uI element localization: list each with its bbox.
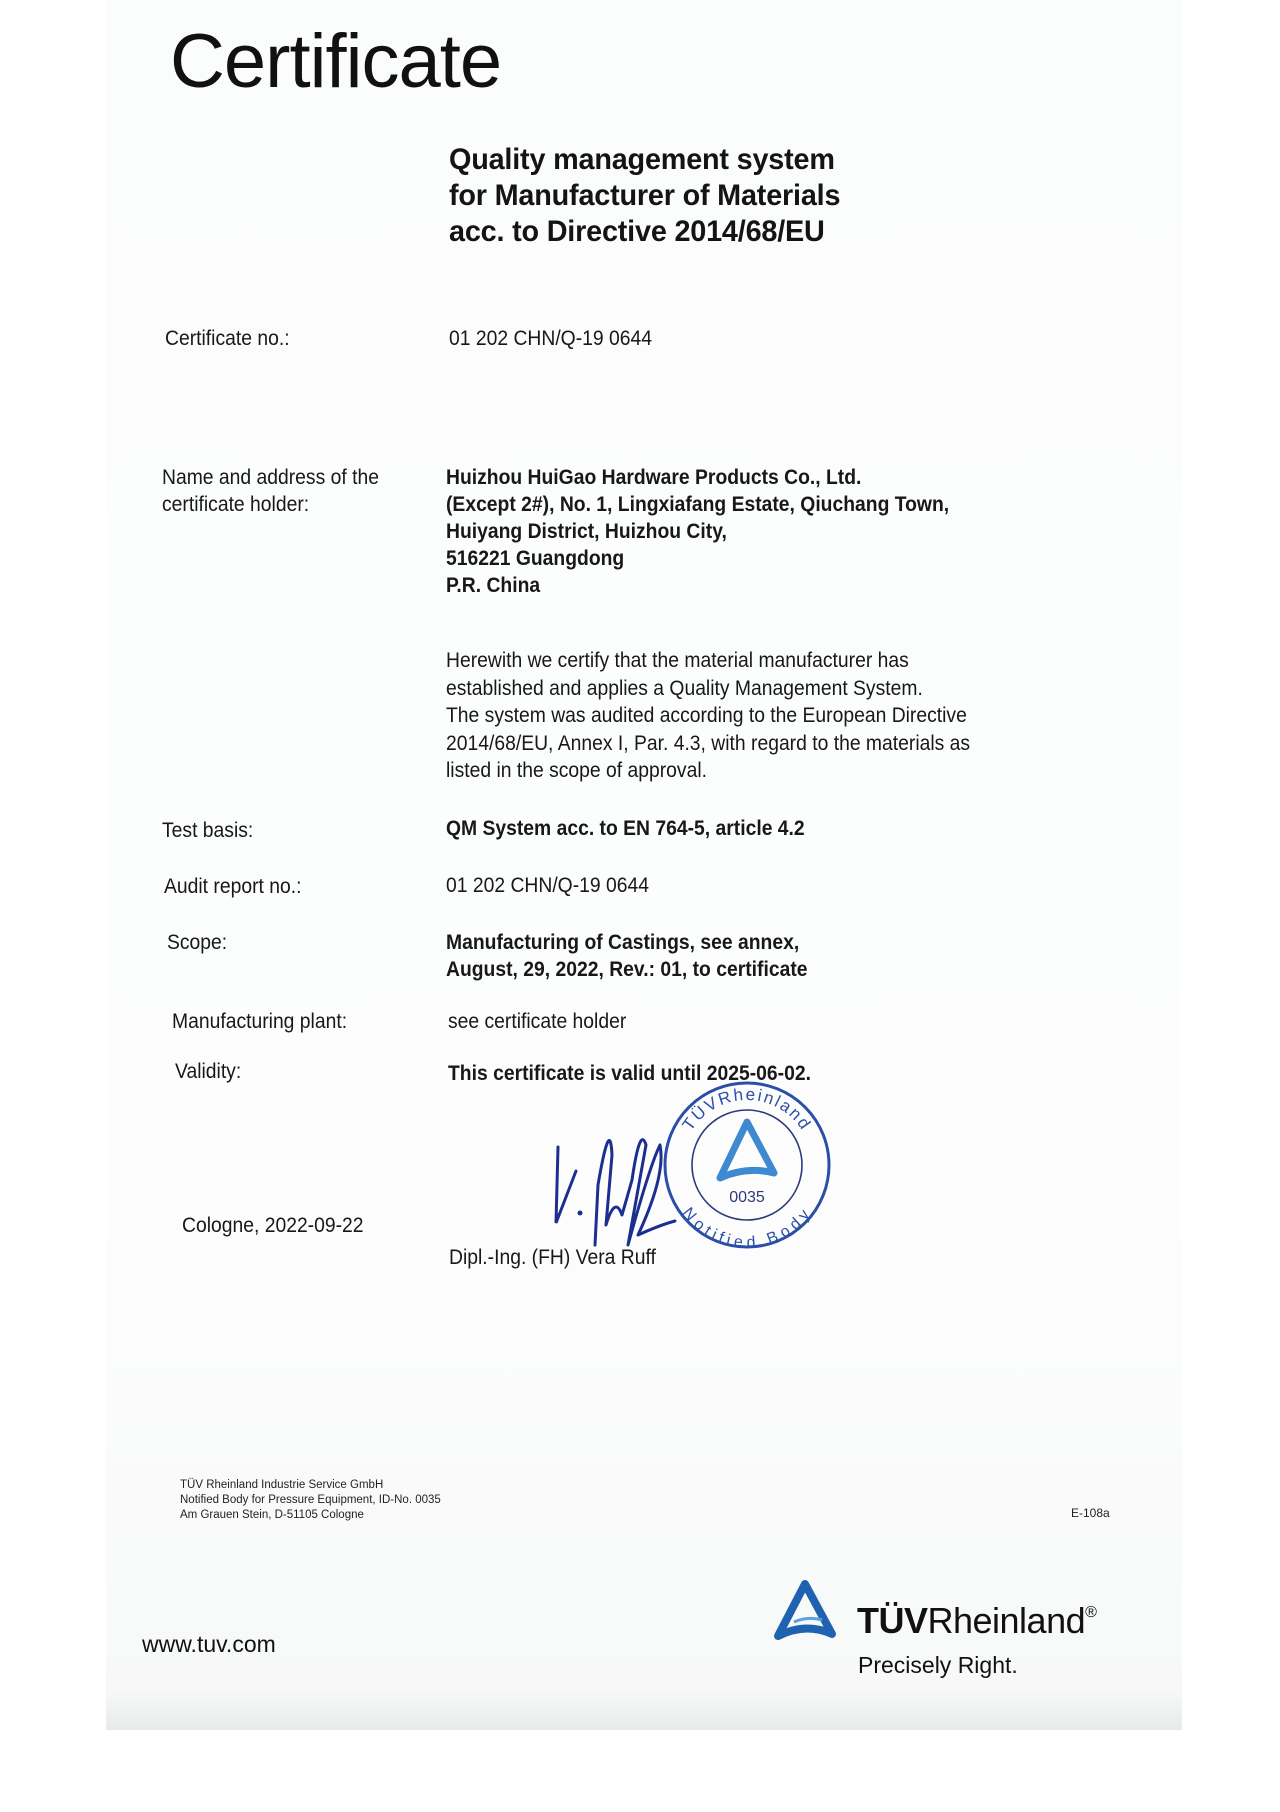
test-basis-value: QM System acc. to EN 764-5, article 4.2 [446,815,805,842]
brand-name: TÜVRheinland® [857,1600,1096,1642]
scope-value: Manufacturing of Castings, see annex, Au… [446,929,808,983]
holder-address: Huizhou HuiGao Hardware Products Co., Lt… [446,464,949,599]
document-subtitle: Quality management system for Manufactur… [449,142,840,250]
brand-slogan: Precisely Right. [858,1652,1018,1679]
certificate-paper [106,0,1182,1730]
scope-label: Scope: [167,929,227,956]
place-date: Cologne, 2022-09-22 [182,1212,364,1239]
validity-label: Validity: [175,1058,241,1085]
paper-shadow [106,1690,1182,1730]
holder-name: Huizhou HuiGao Hardware Products Co., Lt… [446,464,949,491]
address-line: Huiyang District, Huizhou City, [446,518,949,545]
subtitle-line: acc. to Directive 2014/68/EU [449,214,840,250]
test-basis-label: Test basis: [162,817,253,844]
signature [540,1105,720,1260]
svg-text:0035: 0035 [729,1189,765,1206]
form-code: E-108a [1071,1506,1110,1520]
audit-report-label: Audit report no.: [164,873,301,900]
address-line: (Except 2#), No. 1, Lingxiafang Estate, … [446,491,949,518]
address-line: 516221 Guangdong [446,545,949,572]
certificate-no-value: 01 202 CHN/Q-19 0644 [449,325,652,352]
subtitle-line: Quality management system [449,142,840,178]
certification-statement: Herewith we certify that the material ma… [446,647,970,785]
manufacturing-plant-label: Manufacturing plant: [172,1008,347,1035]
subtitle-line: for Manufacturer of Materials [449,178,840,214]
audit-report-value: 01 202 CHN/Q-19 0644 [446,872,649,899]
issuer-info: TÜV Rheinland Industrie Service GmbH Not… [180,1478,441,1523]
document-title: Certificate [170,18,501,105]
signatory-name: Dipl.-Ing. (FH) Vera Ruff [449,1244,656,1271]
website-link[interactable]: www.tuv.com [142,1631,276,1658]
certificate-no-label: Certificate no.: [165,325,290,352]
manufacturing-plant-value: see certificate holder [448,1008,626,1035]
tuv-logo-icon [770,1578,840,1649]
tuv-triangle-icon [720,1122,774,1178]
address-line: P.R. China [446,572,949,599]
holder-label: Name and address of the certificate hold… [162,464,379,518]
